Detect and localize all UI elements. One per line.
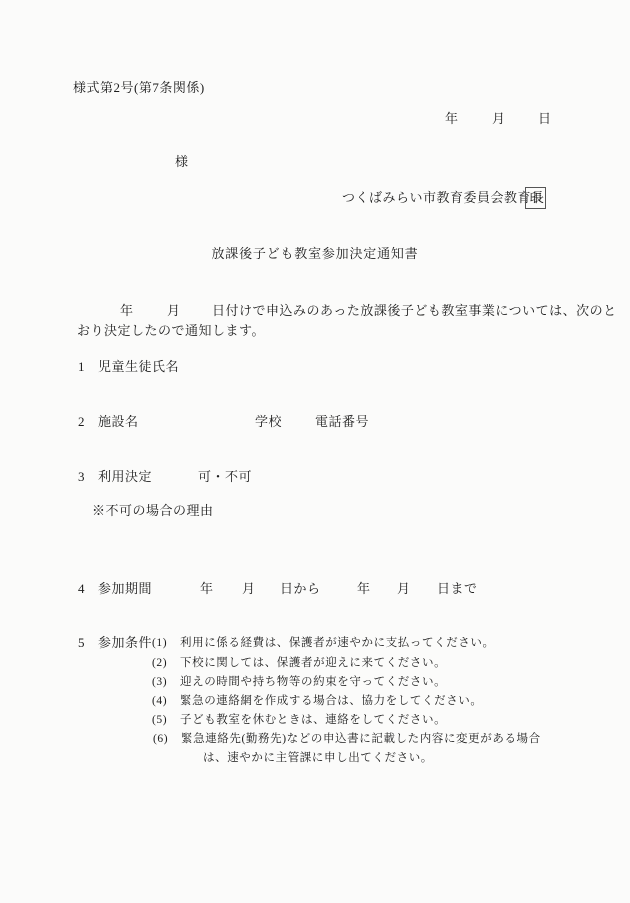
item5-label: 参加条件 bbox=[98, 636, 152, 651]
item4-to-day: 日まで bbox=[437, 582, 478, 597]
document-page: 様式第2号(第7条関係) 年 月 日 様 つくばみらい市教育委員会教育長 印 放… bbox=[0, 0, 630, 903]
condition-1-text: 利用に係る経費は、保護者が速やかに支払ってください。 bbox=[180, 637, 495, 650]
item4-from-day: 日から bbox=[280, 582, 321, 597]
item5-number: 5 bbox=[78, 636, 85, 651]
condition-1-number: (1) bbox=[152, 637, 167, 650]
item4-from-month: 月 bbox=[242, 582, 256, 597]
condition-6-continuation-text: は、速やかに主管課に申し出てください。 bbox=[203, 752, 433, 765]
item4-from-year: 年 bbox=[200, 582, 214, 597]
item2-phone-label: 電話番号 bbox=[315, 415, 369, 430]
condition-4-number: (4) bbox=[152, 695, 167, 708]
seal-mark: 印 bbox=[525, 187, 546, 209]
item3-label: 利用決定 bbox=[98, 470, 152, 485]
addressee-honorific: 様 bbox=[175, 155, 189, 170]
condition-6-text: 緊急連絡先(勤務先)などの申込書に記載した内容に変更がある場合 bbox=[181, 733, 541, 746]
item4-to-month: 月 bbox=[397, 582, 411, 597]
condition-3-number: (3) bbox=[152, 676, 167, 689]
item4-to-year: 年 bbox=[357, 582, 371, 597]
condition-4-text: 緊急の連絡網を作成する場合は、協力をしてください。 bbox=[180, 695, 483, 708]
date-day-label: 日 bbox=[538, 112, 552, 127]
intro-year-label: 年 bbox=[120, 304, 134, 319]
item4-label: 参加期間 bbox=[98, 582, 152, 597]
condition-2-number: (2) bbox=[152, 657, 167, 670]
condition-3-text: 迎えの時間や持ち物等の約束を守ってください。 bbox=[180, 676, 446, 689]
document-title: 放課後子ども教室参加決定通知書 bbox=[0, 247, 630, 262]
item1-number: 1 bbox=[78, 360, 85, 375]
item2-label: 施設名 bbox=[98, 415, 139, 430]
item2-number: 2 bbox=[78, 415, 85, 430]
condition-5-number: (5) bbox=[152, 714, 167, 727]
intro-month-label: 月 bbox=[167, 304, 181, 319]
item1-label: 児童生徒氏名 bbox=[98, 360, 179, 375]
item3-number: 3 bbox=[78, 470, 85, 485]
date-year-label: 年 bbox=[445, 112, 459, 127]
form-number: 様式第2号(第7条関係) bbox=[73, 81, 205, 96]
condition-5-text: 子ども教室を休むときは、連絡をしてください。 bbox=[180, 714, 446, 727]
item3-note: ※不可の場合の理由 bbox=[92, 504, 214, 519]
condition-6-number: (6) bbox=[153, 733, 168, 746]
intro-line2: おり決定したので通知します。 bbox=[77, 324, 265, 339]
intro-line1: 日付けで申込みのあった放課後子ども教室事業については、次のと bbox=[212, 304, 617, 319]
issuer-name: つくばみらい市教育委員会教育長 bbox=[342, 191, 545, 206]
item2-school-label: 学校 bbox=[255, 415, 282, 430]
condition-2-text: 下校に関しては、保護者が迎えに来てください。 bbox=[180, 657, 446, 670]
date-month-label: 月 bbox=[492, 112, 506, 127]
item4-number: 4 bbox=[78, 582, 85, 597]
item3-value: 可・不可 bbox=[198, 470, 252, 485]
